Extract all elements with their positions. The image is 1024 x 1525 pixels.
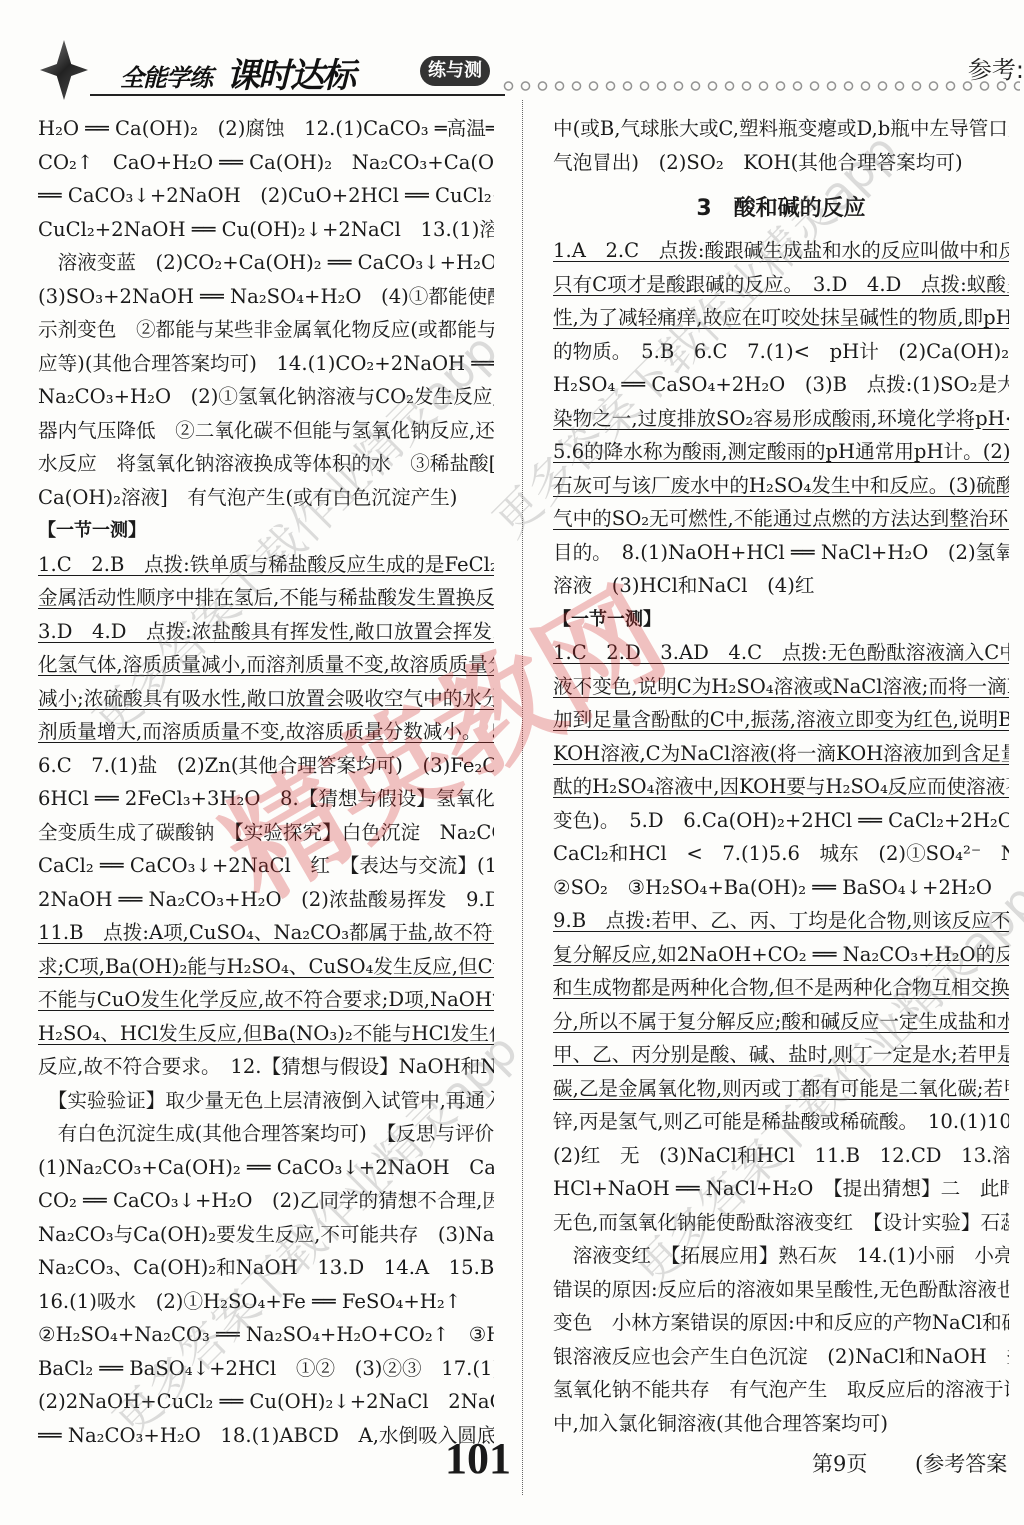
answer-line: 的物质。 5.B 6.C 7.(1)< pH计 (2)Ca(OH)₂+: [553, 335, 1009, 369]
answer-line: 【实验验证】取少量无色上层清液倒入试管中,再通入CO₂: [38, 1084, 494, 1118]
answer-line: 6HCl ══ 2FeCl₃+3H₂O 8.【猜想与假设】氢氧化钠可能完: [38, 782, 494, 816]
section-subheading: 【一节一测】: [38, 514, 494, 548]
page-number: 101: [445, 1433, 511, 1484]
answer-line: 氢氧化钠不能共存 有气泡产生 取反应后的溶液于试管: [553, 1373, 1009, 1407]
answer-line: (2)2NaOH+CuCl₂ ══ Cu(OH)₂↓+2NaCl 2NaOH+C…: [38, 1385, 494, 1419]
answer-line: 错误的原因:反应后的溶液如果呈酸性,无色酚酞溶液也不: [553, 1273, 1009, 1307]
answer-line: CaCl₂和HCl < 7.(1)5.6 城东 (2)①SO₄²⁻ NO₃⁻: [553, 837, 1009, 871]
answer-line: 5.6的降水称为酸雨,测定酸雨的pH通常用pH计。(2)熟: [553, 435, 1009, 469]
answer-line: (1)Na₂CO₃+Ca(OH)₂ ══ CaCO₃↓+2NaOH Ca(OH)…: [38, 1151, 494, 1185]
answer-line: 2NaOH ══ Na₂CO₃+H₂O (2)浓盐酸易挥发 9.D 10.C: [38, 883, 494, 917]
left-column: H₂O ══ Ca(OH)₂ (2)腐蚀 12.(1)CaCO₃ ═高温═ Ca…: [38, 112, 494, 1452]
answer-line: H₂O ══ Ca(OH)₂ (2)腐蚀 12.(1)CaCO₃ ═高温═ Ca…: [38, 112, 494, 146]
answer-line: 石灰可与该厂废水中的H₂SO₄发生中和反应。(3)硫酸厂废: [553, 469, 1009, 503]
answer-line: 气泡冒出) (2)SO₂ KOH(其他合理答案均可): [553, 146, 1009, 180]
answer-line: 碳,乙是金属氧化物,则丙或丁都有可能是二氧化碳;若甲是: [553, 1072, 1009, 1106]
section-subheading: 【一节一测】: [553, 603, 1009, 637]
answer-line: 染物之一,过度排放SO₂容易形成酸雨,环境化学将pH<: [553, 402, 1009, 436]
answer-line: HCl+NaOH ══ NaCl+H₂O 【提出猜想】二 此时溶液呈: [553, 1172, 1009, 1206]
answer-line: 有白色沉淀生成(其他合理答案均可) 【反思与评价】: [38, 1117, 494, 1151]
answer-line: ②H₂SO₄+Na₂CO₃ ══ Na₂SO₄+H₂O+CO₂↑ ③H₂SO₄+: [38, 1318, 494, 1352]
answer-line: CO₂ ══ CaCO₃↓+H₂O (2)乙同学的猜想不合理,因为: [38, 1184, 494, 1218]
answer-line: CO₂↑ CaO+H₂O ══ Ca(OH)₂ Na₂CO₃+Ca(OH)₂: [38, 146, 494, 180]
answer-line: 化氢气体,溶质质量减小,而溶剂质量不变,故溶质质量分数: [38, 648, 494, 682]
answer-line: Ca(OH)₂溶液] 有气泡产生(或有白色沉淀产生): [38, 481, 494, 515]
brand-badge: 练与测: [420, 56, 490, 86]
answer-line: 加到足量含酚酞的C中,振荡,溶液立即变为红色,说明B为: [553, 703, 1009, 737]
right-column: 中(或B,气球胀大或C,塑料瓶变瘪或D,b瓶中左导管口无气泡冒出) (2)SO₂…: [553, 112, 1009, 1440]
answer-line: ②SO₂ ③H₂SO₄+Ba(OH)₂ ══ BaSO₄↓+2H₂O 8.B: [553, 871, 1009, 905]
answer-line: 溶液 (3)HCl和NaCl (4)红: [553, 569, 1009, 603]
answer-line: CuCl₂+2NaOH ══ Cu(OH)₂↓+2NaCl 13.(1)溶液变蓝: [38, 213, 494, 247]
answer-line: 中(或B,气球胀大或C,塑料瓶变瘪或D,b瓶中左导管口无: [553, 112, 1009, 146]
answer-line: 银溶液反应也会产生白色沉淀 (2)NaCl和NaOH 盐酸和: [553, 1340, 1009, 1374]
header-rule: [90, 94, 505, 96]
answer-line: 复分解反应,如2NaOH+CO₂ ══ Na₂CO₃+H₂O的反应物: [553, 938, 1009, 972]
answer-line: 1.C 2.B 点拨:铁单质与稀盐酸反应生成的是FeCl₂;铜在: [38, 548, 494, 582]
answer-line: BaCl₂ ══ BaSO₄↓+2HCl ①② (3)②③ 17.(1)略: [38, 1352, 494, 1386]
answer-line: 溶液变蓝 (2)CO₂+Ca(OH)₂ ══ CaCO₃↓+H₂O: [38, 246, 494, 280]
brand-title: 课时达标: [226, 48, 354, 97]
answer-line: Na₂CO₃与Ca(OH)₂要发生反应,不可能共存 (3)NaOH和: [38, 1218, 494, 1252]
answer-line: 只有C项才是酸跟碱的反应。 3.D 4.D 点拨:蚁酸呈酸: [553, 268, 1009, 302]
answer-line: ══ Na₂CO₃+H₂O 18.(1)ABCD A,水倒吸入圆底烧瓶: [38, 1419, 494, 1453]
answer-line: 金属活动性顺序中排在氢后,不能与稀盐酸发生置换反应。: [38, 581, 494, 615]
answer-line: 求;C项,Ba(OH)₂能与H₂SO₄、CuSO₄发生反应,但CuSO₄: [38, 950, 494, 984]
answer-line: 酞的H₂SO₄溶液中,因KOH要与H₂SO₄反应而使溶液不: [553, 770, 1009, 804]
answer-line: 1.A 2.C 点拨:酸跟碱生成盐和水的反应叫做中和反应,: [553, 234, 1009, 268]
answer-line: (2)红 无 (3)NaCl和HCl 11.B 12.CD 13.溶液变红: [553, 1139, 1009, 1173]
dotted-border: [500, 80, 1020, 92]
series-logo: 全能学练 课时达标 练与测: [30, 40, 510, 102]
brand-subtitle: 全能学练: [120, 58, 212, 93]
answer-line: 性,为了减轻痛痒,故应在叮咬处抹呈碱性的物质,即pH>7: [553, 301, 1009, 335]
answer-line: ══ CaCO₃↓+2NaOH (2)CuO+2HCl ══ CuCl₂+H₂O: [38, 179, 494, 213]
answer-line: CaCl₂ ══ CaCO₃↓+2NaCl 红 【表达与交流】(1)CO₂+: [38, 849, 494, 883]
answer-line: 变色 小林方案错误的原因:中和反应的产物NaCl和硝酸: [553, 1306, 1009, 1340]
answer-line: 气中的SO₂无可燃性,不能通过点燃的方法达到整治环境的: [553, 502, 1009, 536]
answer-line: 11.B 点拨:A项,CuSO₄、Na₂CO₃都属于盐,故不符合要: [38, 916, 494, 950]
answer-line: 和生成物都是两种化合物,但不是两种化合物互相交换成: [553, 971, 1009, 1005]
answer-line: 水反应 将氢氧化钠溶液换成等体积的水 ③稀盐酸[或: [38, 447, 494, 481]
answer-line: 3.D 4.D 点拨:浓盐酸具有挥发性,敞口放置会挥发出氯: [38, 615, 494, 649]
answer-line: 16.(1)吸水 (2)①H₂SO₄+Fe ══ FeSO₄+H₂↑: [38, 1285, 494, 1319]
answer-line: H₂SO₄、HCl发生反应,但Ba(NO₃)₂不能与HCl发生化学: [38, 1017, 494, 1051]
answer-line: 6.C 7.(1)盐 (2)Zn(其他合理答案均可) (3)Fe₂O₃+: [38, 749, 494, 783]
answer-line: 变色)。 5.D 6.Ca(OH)₂+2HCl ══ CaCl₂+2H₂O: [553, 804, 1009, 838]
section-title: 3 酸和碱的反应: [553, 179, 1009, 234]
reference-tag: 参考:: [968, 50, 1024, 85]
page-header: 全能学练 课时达标 练与测 参考:: [0, 0, 1024, 110]
answer-line: H₂SO₄ ══ CaSO₄+2H₂O (3)B 点拨:(1)SO₂是大气污: [553, 368, 1009, 402]
answer-line: 目的。 8.(1)NaOH+HCl ══ NaCl+H₂O (2)氢氧化钠: [553, 536, 1009, 570]
answer-line: 无色,而氢氧化钠能使酚酞溶液变红 【设计实验】石蕊溶液: [553, 1206, 1009, 1240]
answer-line: 9.B 点拨:若甲、乙、丙、丁均是化合物,则该反应不一定是: [553, 904, 1009, 938]
answer-line: 中,加入氯化铜溶液(其他合理答案均可): [553, 1407, 1009, 1441]
reference-label: (参考答案: [915, 1448, 1007, 1478]
answer-line: 液不变色,说明C为H₂SO₄溶液或NaCl溶液;而将一滴B: [553, 670, 1009, 704]
column-divider: [522, 100, 523, 1495]
answer-line: 剂质量增大,而溶质质量不变,故溶质质量分数减小。 5.A: [38, 715, 494, 749]
answer-line: 甲、乙、丙分别是酸、碱、盐时,则丁一定是水;若甲是一氧化: [553, 1038, 1009, 1072]
answer-line: KOH溶液,C为NaCl溶液(将一滴KOH溶液加到含足量酚: [553, 737, 1009, 771]
answer-line: 减小;浓硫酸具有吸水性,敞口放置会吸收空气中的水分,溶: [38, 682, 494, 716]
answer-line: Na₂CO₃+H₂O (2)①氢氧化钠溶液与CO₂发生反应,使容: [38, 380, 494, 414]
answer-line: 应等)(其他合理答案均可) 14.(1)CO₂+2NaOH ══: [38, 347, 494, 381]
answer-line: 锌,丙是氢气,则乙可能是稀盐酸或稀硫酸。 10.(1)10: [553, 1105, 1009, 1139]
star-logo-icon: [40, 40, 88, 100]
answer-line: Na₂CO₃、Ca(OH)₂和NaOH 13.D 14.A 15.B: [38, 1251, 494, 1285]
answer-line: (3)SO₃+2NaOH ══ Na₂SO₄+H₂O (4)①都能使酸碱指: [38, 280, 494, 314]
page-label: 第9页: [812, 1448, 867, 1478]
answer-line: 溶液变红 【拓展应用】熟石灰 14.(1)小丽 小亮方案: [553, 1239, 1009, 1273]
answer-line: 全变质生成了碳酸钠 【实验探究】白色沉淀 Na₂CO₃+: [38, 816, 494, 850]
answer-line: 不能与CuO发生化学反应,故不符合要求;D项,NaOH能与: [38, 983, 494, 1017]
answer-line: 分,所以不属于复分解反应;酸和碱反应一定生成盐和水,若: [553, 1005, 1009, 1039]
answer-line: 反应,故不符合要求。 12.【猜想与假设】NaOH和Na₂CO₃: [38, 1050, 494, 1084]
answer-line: 1.C 2.D 3.AD 4.C 点拨:无色酚酞溶液滴入C中,溶: [553, 636, 1009, 670]
answer-line: 器内气压降低 ②二氧化碳不但能与氢氧化钠反应,还能与: [38, 414, 494, 448]
answer-line: 示剂变色 ②都能与某些非金属氧化物反应(或都能与酸反: [38, 313, 494, 347]
